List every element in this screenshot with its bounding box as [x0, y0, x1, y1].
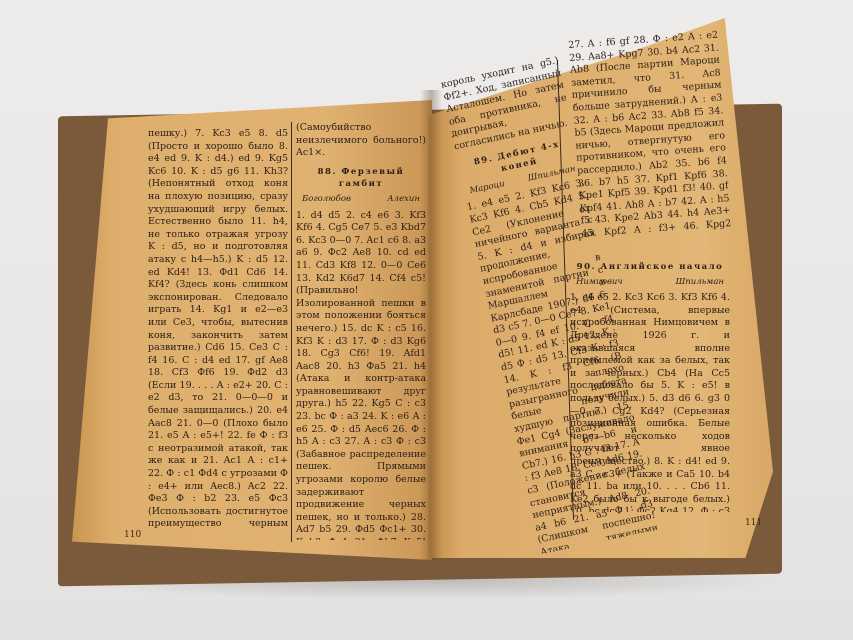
game-text: 1. c4 e5 2. Kc3 Kc6 3. Kf3 Kf6 4. e4 (Си… — [570, 292, 730, 512]
left-page-column-2: (Самоубийство неизлечимого больного!) Ac… — [296, 122, 426, 540]
left-page-column-1: пешку.) 7. Kc3 e5 8. d5 (Просто и хорошо… — [148, 128, 288, 528]
right-page-column-2: 27. A : f6 gf 28. Ф : e2 A : e2 29. Aa8+… — [568, 30, 732, 240]
players: Боголюбов Алехин — [302, 193, 420, 206]
page-number-left: 110 — [124, 530, 141, 540]
white-player: Нимцович — [576, 276, 623, 289]
black-player: Шпильман — [676, 276, 724, 289]
right-page-column-2-lower: 90. Английское начало Нимцович Шпильман … — [570, 255, 730, 512]
game-conclusion: (Самоубийство неизлечимого больного!) Ac… — [296, 122, 426, 160]
white-player: Боголюбов — [302, 193, 351, 206]
game-text: 1. d4 d5 2. c4 e6 3. Kf3 Kf6 4. Cg5 Ce7 … — [296, 210, 426, 540]
game-text: 27. A : f6 gf 28. Ф : e2 A : e2 29. Aa8+… — [568, 30, 732, 240]
game-text: пешку.) 7. Kc3 e5 8. d5 (Просто и хорошо… — [148, 128, 288, 528]
black-player: Алехин — [387, 193, 420, 206]
game-heading: 88. Ферзевый гамбит — [296, 166, 426, 191]
left-column-divider — [291, 122, 292, 542]
players: Нимцович Шпильман — [576, 276, 724, 289]
page-number-right: 111 — [745, 518, 762, 528]
game-heading: 90. Английское начало — [570, 261, 730, 274]
